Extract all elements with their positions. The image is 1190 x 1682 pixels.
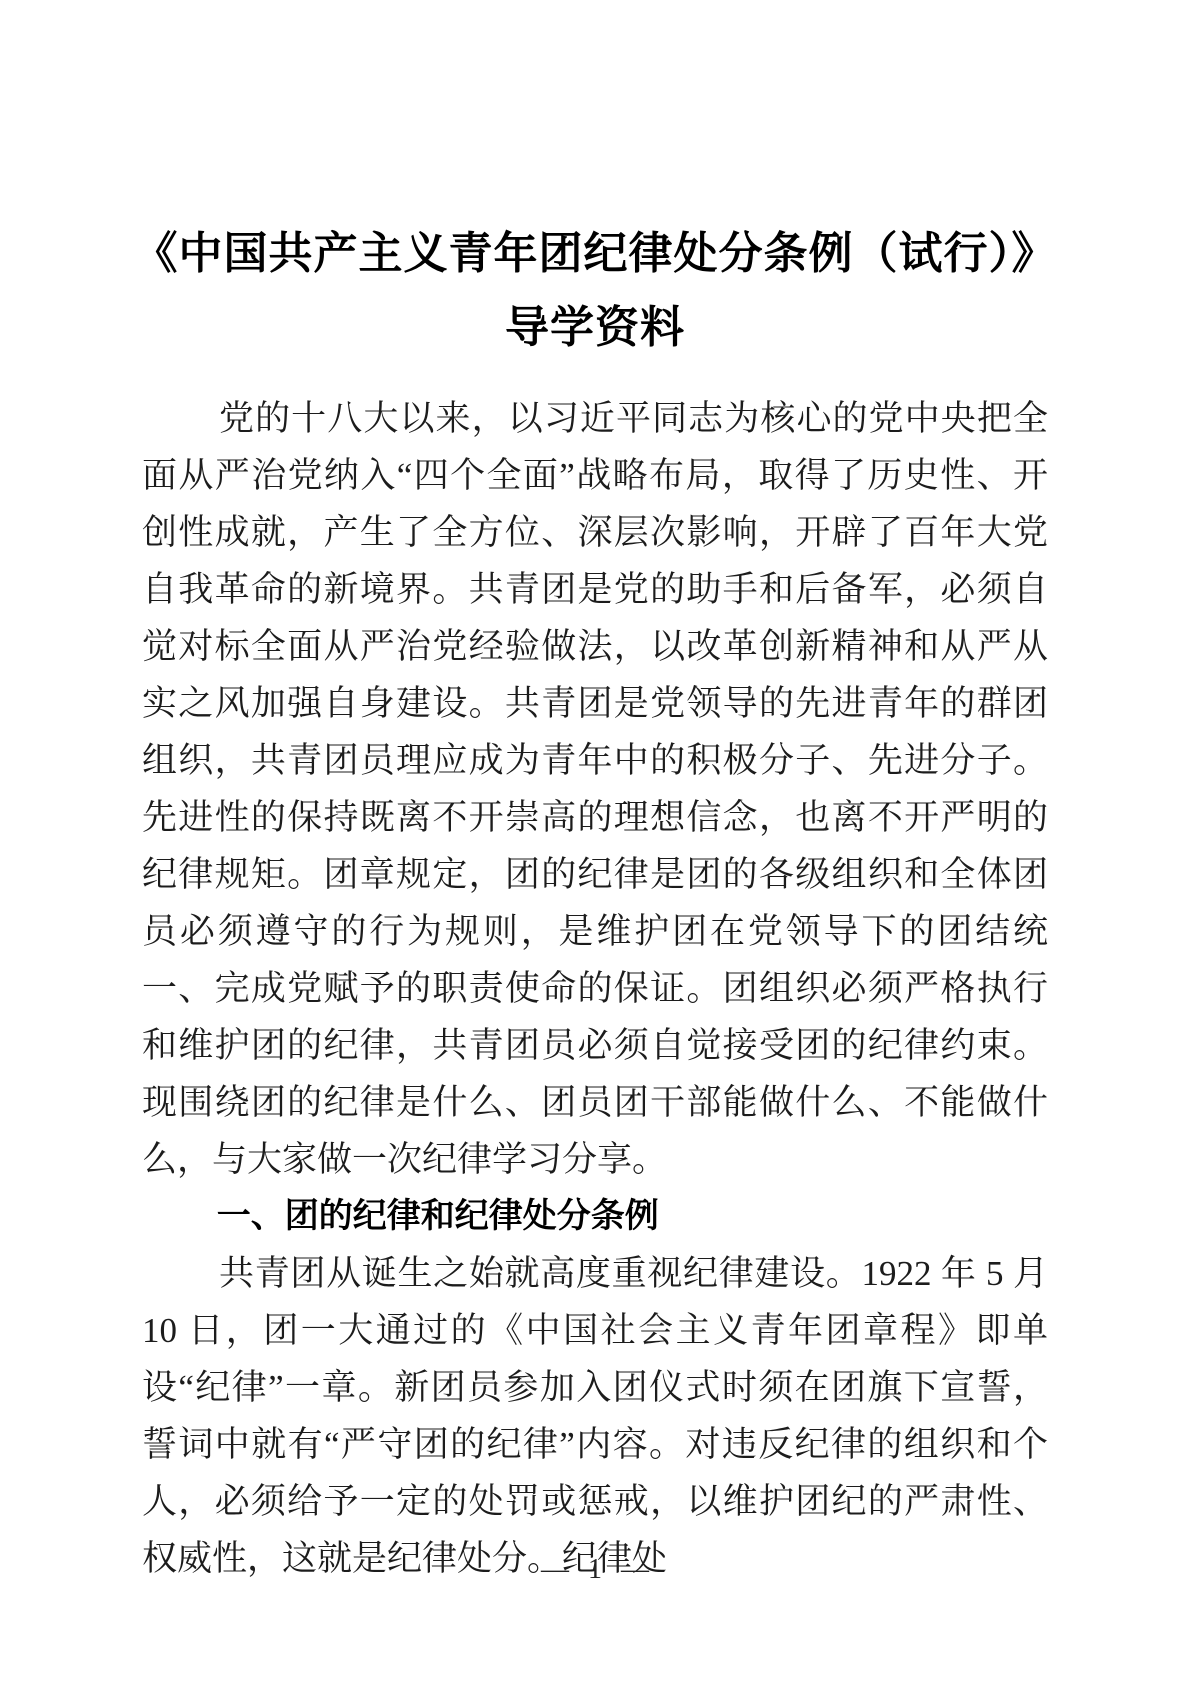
paragraph-intro: 党的十八大以来，以习近平同志为核心的党中央把全面从严治党纳入“四个全面”战略布局… <box>142 390 1048 1188</box>
paragraph-section-1: 共青团从诞生之始就高度重视纪律建设。1922 年 5 月 10 日，团一大通过的… <box>142 1245 1048 1587</box>
document-body: 党的十八大以来，以习近平同志为核心的党中央把全面从严治党纳入“四个全面”战略布局… <box>142 390 1048 1587</box>
document-title-line-2: 导学资料 <box>60 291 1130 365</box>
document-page: 《中国共产主义青年团纪律处分条例（试行）》 导学资料 党的十八大以来，以习近平同… <box>0 0 1190 1682</box>
document-title-line-1: 《中国共产主义青年团纪律处分条例（试行）》 <box>60 217 1130 291</box>
document-title: 《中国共产主义青年团纪律处分条例（试行）》 导学资料 <box>60 217 1130 365</box>
section-heading-1: 一、团的纪律和纪律处分条例 <box>142 1188 1048 1245</box>
page-number-footer: — 1 — <box>0 1551 1190 1589</box>
